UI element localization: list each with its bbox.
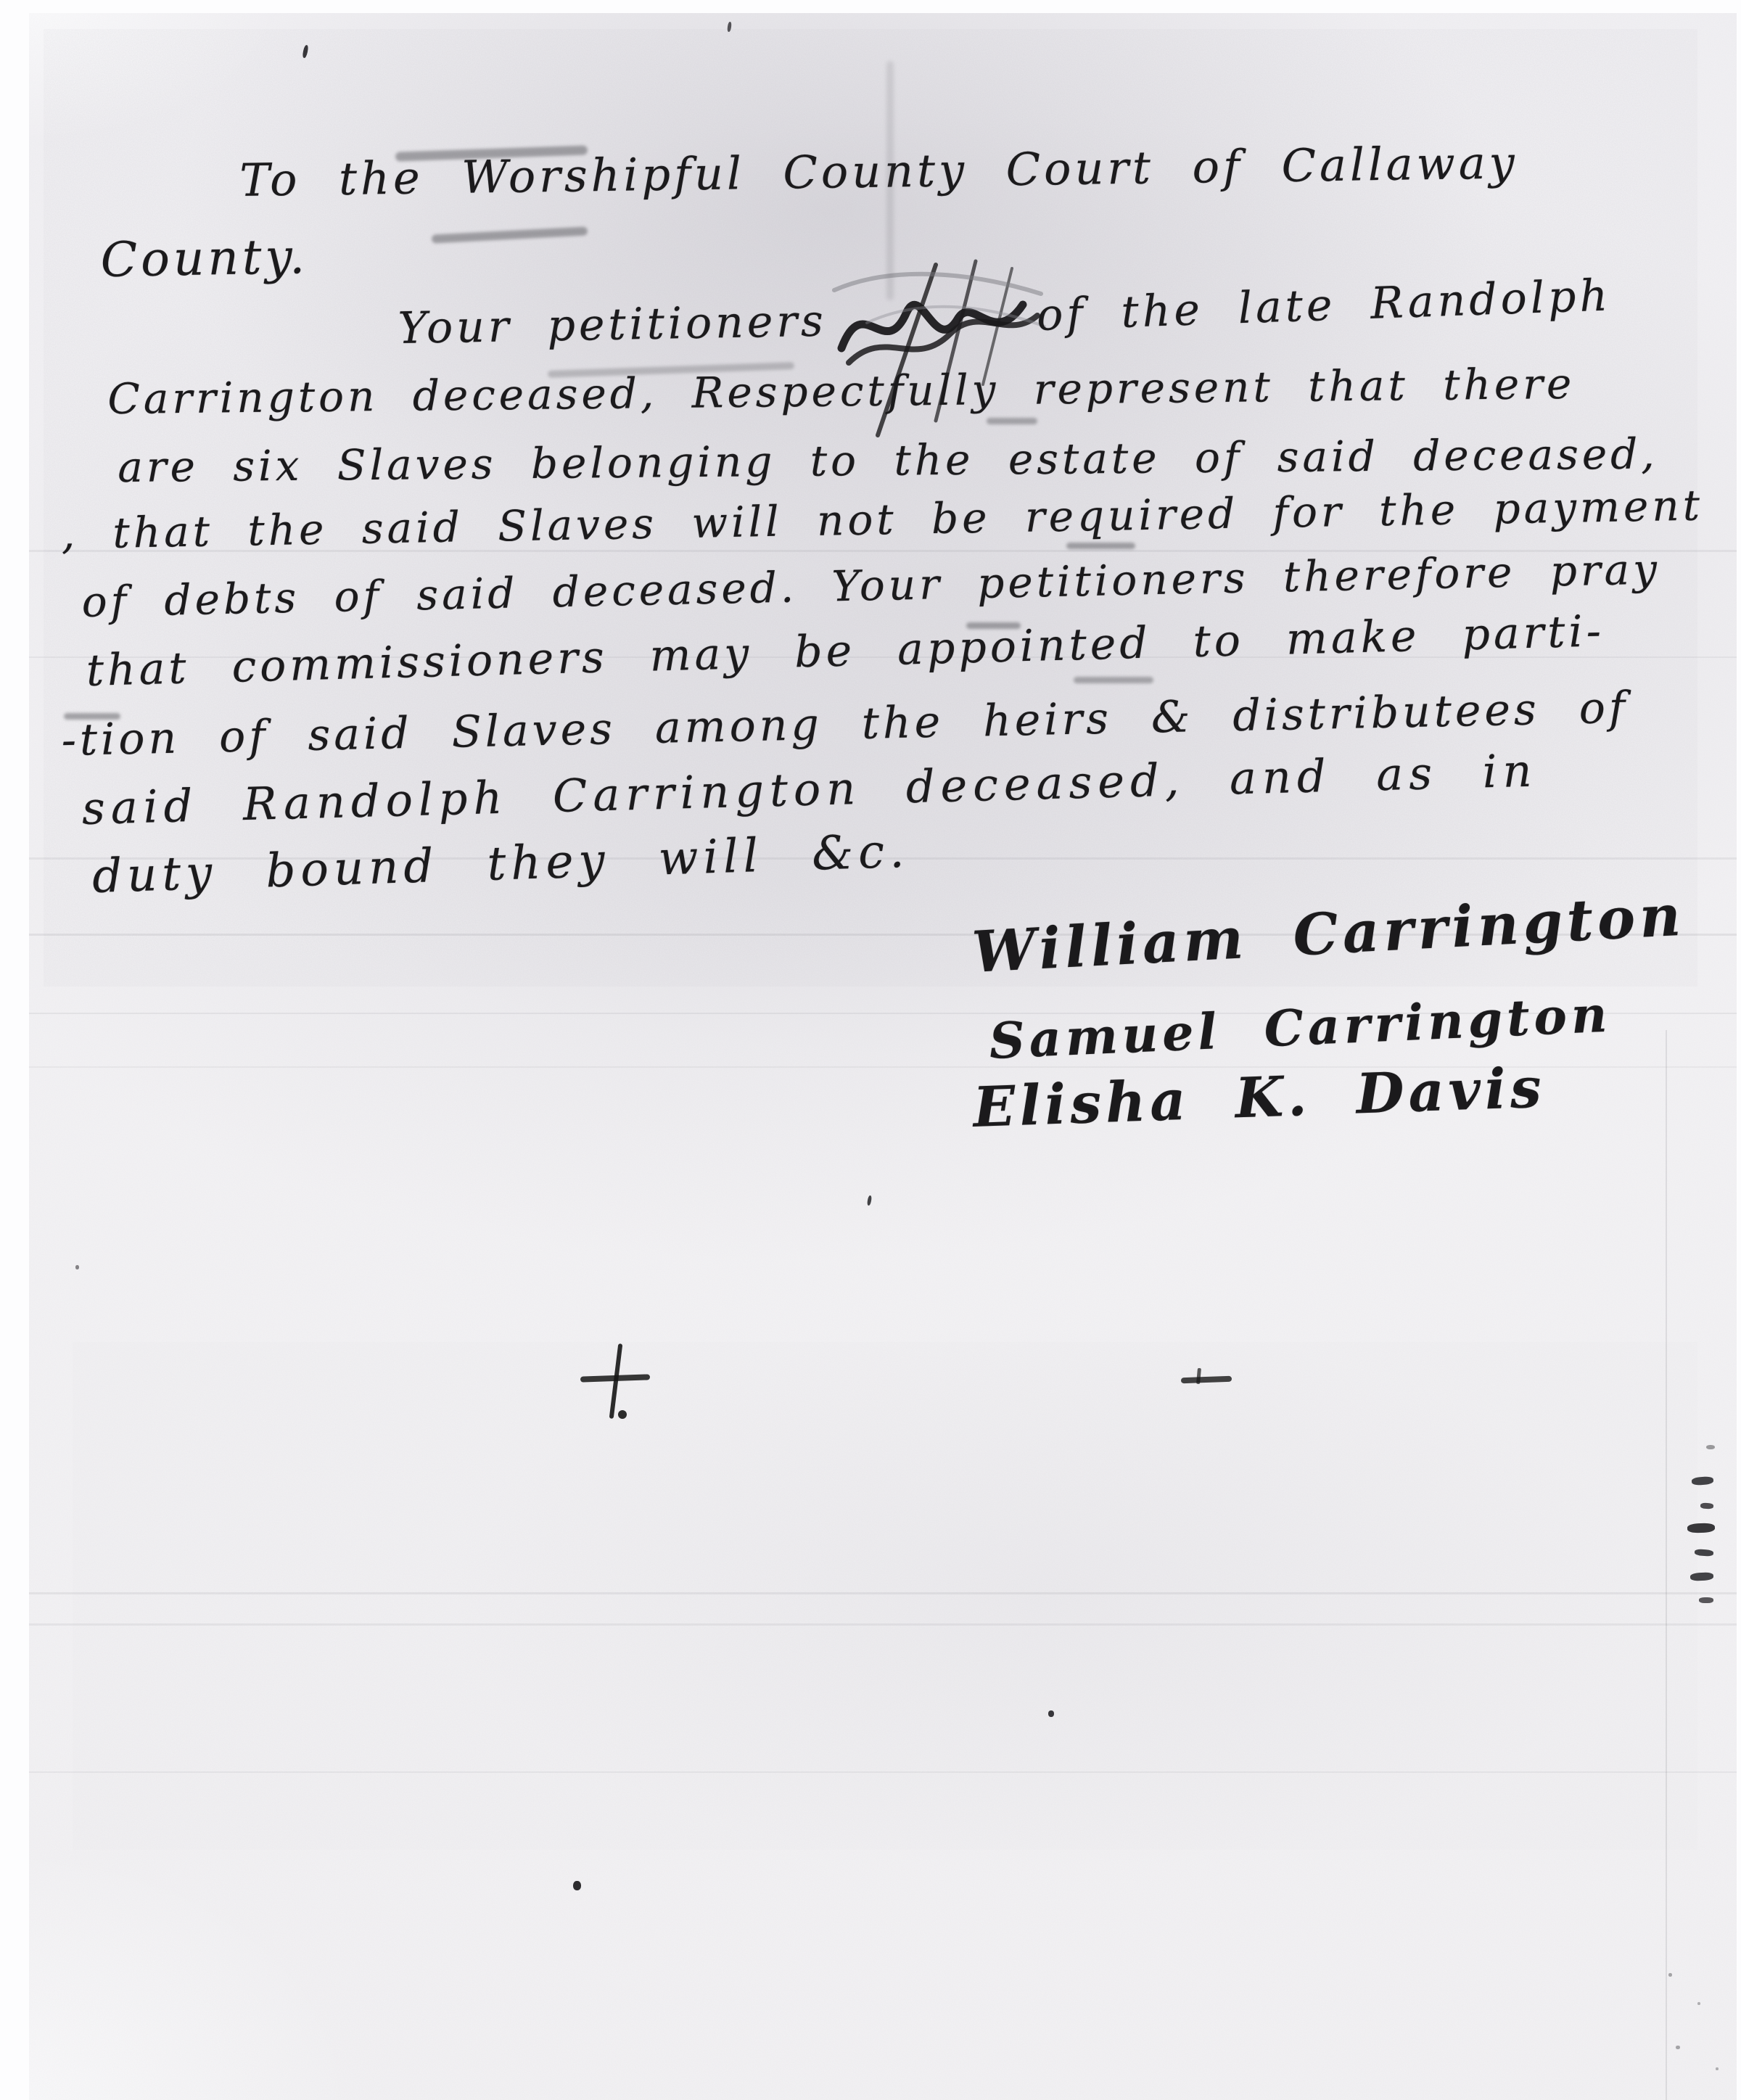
ink-smudge: [1074, 677, 1153, 683]
ink-speck: [75, 1265, 79, 1269]
signature-elisha-davis: Elisha K. Davis: [972, 1055, 1547, 1139]
fold-mark: [1196, 1368, 1201, 1384]
scan-margin-right: [1737, 0, 1741, 2100]
scan-streak-vertical: [1666, 1030, 1667, 2100]
handwritten-line-salutation-1: To the Worshipful County Court of Callaw…: [239, 136, 1518, 207]
handwritten-line-11: duty bound they will &c.: [91, 825, 910, 904]
edge-mark: [1695, 1549, 1714, 1557]
edge-mark: [1706, 1445, 1715, 1449]
edge-mark: [1676, 2046, 1680, 2049]
edge-mark: [1697, 2002, 1700, 2005]
edge-mark: [1690, 1572, 1714, 1581]
handwritten-line-3-before-blot: Your petitioners: [398, 296, 827, 354]
edge-mark: [1668, 1973, 1672, 1977]
handwritten-line-6: , that the said Slaves will not be requi…: [61, 480, 1703, 558]
scan-streak: [0, 1592, 1741, 1594]
ink-speck: [727, 22, 732, 33]
scan-margin-top: [0, 0, 1741, 13]
edge-mark: [1700, 1503, 1713, 1510]
ink-speck: [867, 1195, 872, 1206]
ink-smudge: [1066, 543, 1135, 549]
ink-smudge: [432, 226, 588, 243]
fold-mark: [1181, 1376, 1232, 1383]
fold-mark: [609, 1343, 623, 1419]
ink-speck: [1048, 1710, 1054, 1717]
scan-streak: [0, 1623, 1741, 1626]
handwritten-line-4: Carrington deceased, Respectfully repres…: [107, 359, 1576, 424]
scan-margin-left: [0, 0, 29, 2100]
ink-speck: [302, 45, 309, 59]
handwritten-line-3-after-blot: of the late Randolph: [1036, 270, 1612, 341]
edge-mark: [1687, 1523, 1715, 1533]
signature-william-carrington: William Carrington: [971, 883, 1687, 986]
fold-mark: [618, 1410, 627, 1419]
edge-mark: [1699, 1597, 1713, 1603]
fold-mark: [580, 1374, 650, 1382]
scanned-document-page: To the Worshipful County Court of Callaw…: [0, 0, 1741, 2100]
ink-speck: [573, 1881, 581, 1890]
edge-mark: [1716, 2067, 1719, 2070]
handwritten-line-5: are six Slaves belonging to the estate o…: [118, 429, 1658, 492]
scan-streak: [0, 1771, 1741, 1773]
ink-blot: [827, 254, 1052, 450]
handwritten-line-salutation-2: County.: [100, 228, 309, 288]
edge-mark: [1692, 1476, 1714, 1486]
